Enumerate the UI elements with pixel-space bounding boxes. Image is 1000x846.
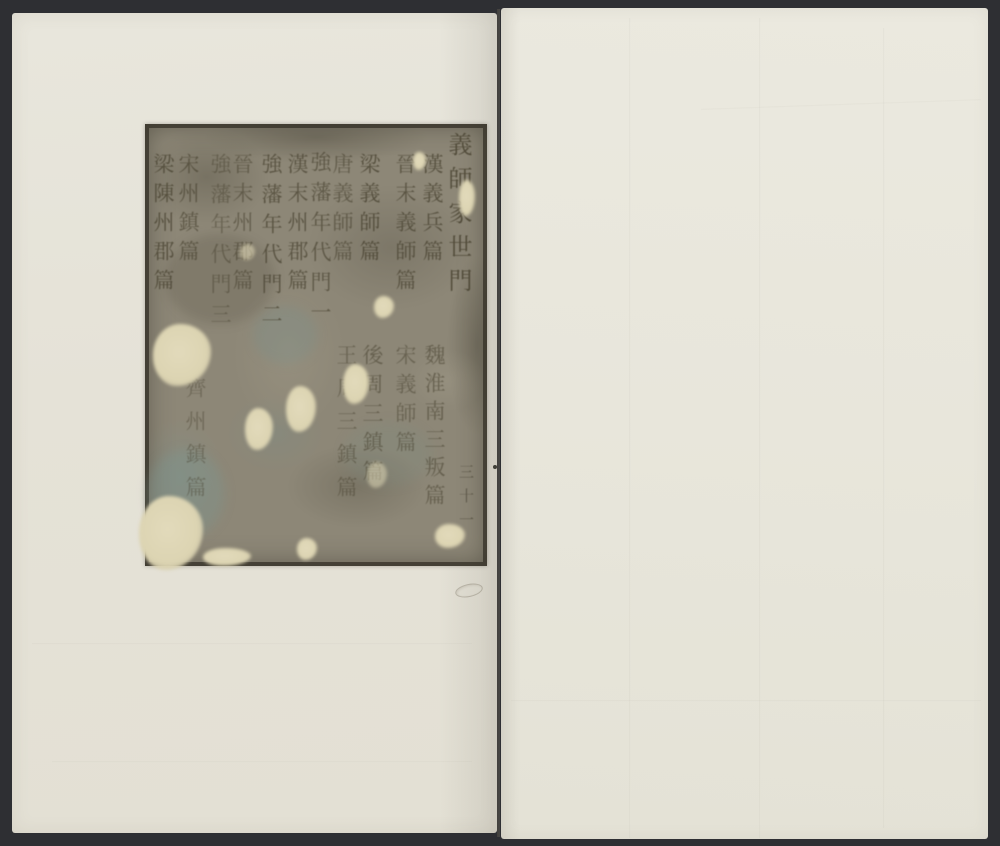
left-page: 義師家世門 漢義兵篇 晉末義師篇 梁義師篇 唐義師篇 強藩年代門一 漢末州郡篇 … [12,13,497,833]
toc-main-column: 梁陳州郡篇 [150,153,176,298]
toc-main-column: 漢末州郡篇 [284,153,310,298]
woodblock-print-block: 義師家世門 漢義兵篇 晉末義師篇 梁義師篇 唐義師篇 強藩年代門一 漢末州郡篇 … [145,124,487,566]
toc-main-column: 宋州鎮篇 [175,153,201,269]
paper-crease [701,99,981,111]
toc-main-column: 強藩年代門一 [307,151,333,331]
toc-main-column: 梁義師篇 [356,153,382,269]
paper-crease [629,18,631,838]
embossed-oval-smudge [454,581,484,600]
paper-crease [32,643,472,645]
toc-main-column: 強藩年代門二 [258,153,284,333]
paper-crease [883,28,885,828]
toc-main-column: 義師家世門 [445,132,471,302]
paper-crease [759,18,761,838]
toc-main-column: 漢義兵篇 [419,153,445,269]
toc-main-column: 強藩年代門三 [207,153,233,333]
right-page [501,8,988,839]
toc-main-column: 晉末義師篇 [392,153,418,298]
paper-crease [511,700,981,702]
toc-sub-column: 宋義師篇 [392,344,418,460]
toc-sub-column: 魏淮南三叛篇 [421,344,447,512]
paper-crease [52,761,472,763]
book-gutter [497,9,500,837]
